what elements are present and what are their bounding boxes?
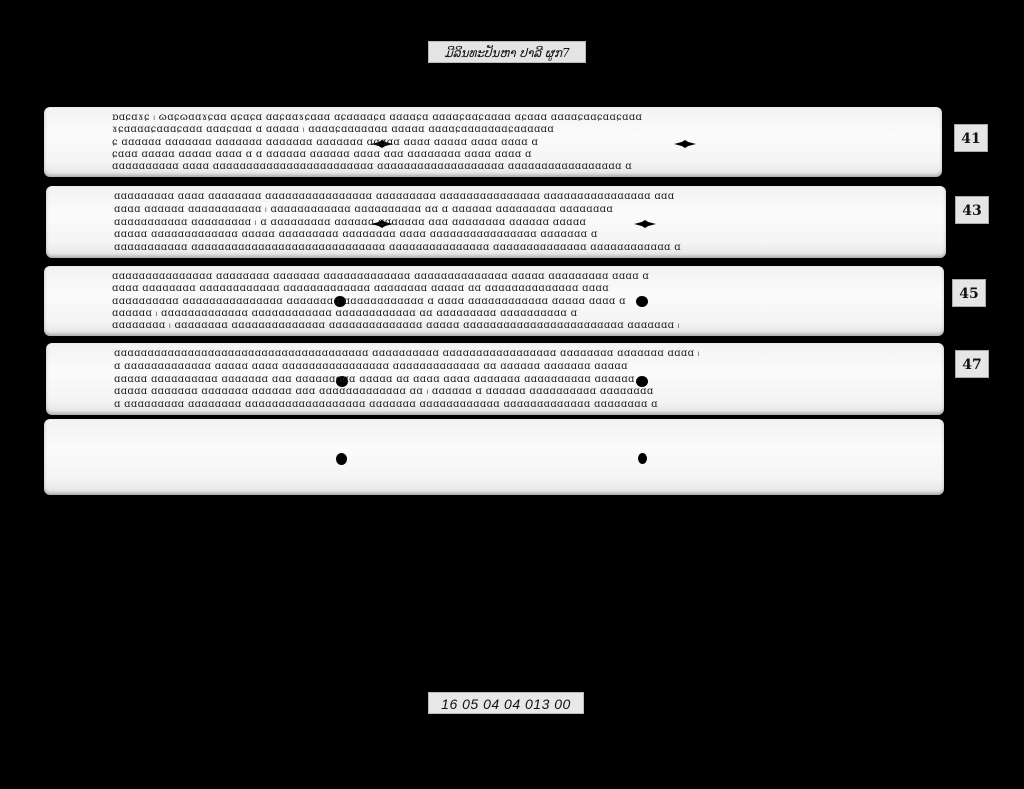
script-line: ɑɑɑɑɑɑɑɑ ၊ ɑɑɑɑɑɑɑɑ ɑɑɑɑɑɑɑɑɑɑɑɑɑɑ ɑɑɑɑɑ… [112,320,870,332]
script-line: ɑɑɑɑɑ ɑɑɑɑɑɑɑɑɑɑ ɑɑɑɑɑɑɑ ɑɑɑ ɑɑɑɑɑɑɑɑɑ ɑ… [114,374,870,386]
palm-leaf-page-41: ɒɑɕɑɤɕ ၊ ɷɑɕɷɑɑɤɕɑɑ ɑɕɑɕɑ ɑɑɕɑɑɤɕɑɑɑ ɑɕɑ… [44,107,942,177]
script-line: ɒɑɕɑɤɕ ၊ ɷɑɕɷɑɑɤɕɑɑ ɑɕɑɕɑ ɑɑɕɑɑɤɕɑɑɑ ɑɕɑ… [112,112,868,124]
script-line: ɑɑɑɑɑɑ ၊ ɑɑɑɑɑɑɑɑɑɑɑɑɑ ɑɑɑɑɑɑɑɑɑɑɑɑ ɑɑɑɑ… [112,308,870,320]
script-line: ɑ ɑɑɑɑɑɑɑɑɑɑɑɑɑ ɑɑɑɑɑ ɑɑɑɑ ɑɑɑɑɑɑɑɑɑɑɑɑɑ… [114,361,870,373]
script-line: ɑɑɑɑ ɑɑɑɑɑɑɑɑ ɑɑɑɑɑɑɑɑɑɑɑɑ ɑɑɑɑɑɑɑɑɑɑɑɑɑ… [112,283,870,295]
script-line: ɕ ɑɑɑɑɑɑ ɑɑɑɑɑɑɑ ɑɑɑɑɑɑɑ ɑɑɑɑɑɑɑ ɑɑɑɑɑɑɑ… [112,137,868,149]
script-line: ɑɑɑɑɑɑɑɑɑɑɑ ɑɑɑɑɑɑɑɑɑ ၊ ɑ ɑɑɑɑɑɑɑɑɑ ɑɑɑɑ… [114,217,872,229]
page-number-label: 41 [954,124,988,152]
catalog-id-label: 16 05 04 04 013 00 [428,692,584,714]
script-line: ɑɑɑɑ ɑɑɑɑɑɑ ɑɑɑɑɑɑɑɑɑɑɑ ၊ ɑɑɑɑɑɑɑɑɑɑɑɑ ɑ… [114,204,872,216]
leaf-text-block: ɑɑɑɑɑɑɑɑɑɑɑɑɑɑɑ ɑɑɑɑɑɑɑɑ ɑɑɑɑɑɑɑ ɑɑɑɑɑɑɑ… [112,271,870,332]
palm-leaf-blank [44,419,944,495]
leaf-text-block: ɑɑɑɑɑɑɑɑɑɑɑɑɑɑɑɑɑɑɑɑɑɑɑɑɑɑɑɑɑɑɑɑɑɑɑɑɑɑ ɑ… [114,348,870,411]
script-line: ɑɑɑɑɑ ɑɑɑɑɑɑɑɑɑɑɑɑɑ ɑɑɑɑɑ ɑɑɑɑɑɑɑɑɑ ɑɑɑɑ… [114,229,872,241]
script-line: ɑ ɑɑɑɑɑɑɑɑɑ ɑɑɑɑɑɑɑɑ ɑɑɑɑɑɑɑɑɑɑɑɑɑɑɑɑɑɑ … [114,399,870,411]
palm-leaf-page-47: ɑɑɑɑɑɑɑɑɑɑɑɑɑɑɑɑɑɑɑɑɑɑɑɑɑɑɑɑɑɑɑɑɑɑɑɑɑɑ ɑ… [46,343,944,415]
page-number-label: 47 [955,350,989,378]
script-line: ɕɑɑɑ ɑɑɑɑɑ ɑɑɑɑɑ ɑɑɑɑ ɑ ɑ ɑɑɑɑɑɑ ɑɑɑɑɑɑ … [112,149,868,161]
script-line: ɑɑɑɑɑɑɑɑɑɑ ɑɑɑɑɑɑɑɑɑɑɑɑɑɑɑ ɑɑɑɑɑɑɑɑ ɑɑɑɑ… [112,296,870,308]
script-line: ɑɑɑɑɑɑɑɑɑɑ ɑɑɑɑ ɑɑɑɑɑɑɑɑɑɑɑɑɑɑɑɑɑɑɑɑɑɑɑɑ… [112,161,868,173]
binding-hole-icon [638,453,647,464]
script-line: ɑɑɑɑɑɑɑɑɑ ɑɑɑɑ ɑɑɑɑɑɑɑɑ ɑɑɑɑɑɑɑɑɑɑɑɑɑɑɑɑ… [114,191,872,203]
script-line: ɤɕɑɑɑɑɕɑɑɑɕɑɑɑ ɑɑɑɕɑɑɑ ɑ ɑɑɑɑɑ ၊ ɑɑɑɑɕɑɑ… [112,124,868,136]
binding-hole-icon [336,453,347,465]
manuscript-title-label: ມີລິນທະປັນຫາ ປາລີ ຜູກ7 [428,41,586,63]
page-number-label: 43 [955,196,989,224]
leaf-text-block: ɑɑɑɑɑɑɑɑɑ ɑɑɑɑ ɑɑɑɑɑɑɑɑ ɑɑɑɑɑɑɑɑɑɑɑɑɑɑɑɑ… [114,191,872,254]
palm-leaf-page-45: ɑɑɑɑɑɑɑɑɑɑɑɑɑɑɑ ɑɑɑɑɑɑɑɑ ɑɑɑɑɑɑɑ ɑɑɑɑɑɑɑ… [44,266,944,336]
palm-leaf-page-43: ɑɑɑɑɑɑɑɑɑ ɑɑɑɑ ɑɑɑɑɑɑɑɑ ɑɑɑɑɑɑɑɑɑɑɑɑɑɑɑɑ… [46,186,946,258]
page-number-label: 45 [952,279,986,307]
script-line: ɑɑɑɑɑɑɑɑɑɑɑɑɑɑɑ ɑɑɑɑɑɑɑɑ ɑɑɑɑɑɑɑ ɑɑɑɑɑɑɑ… [112,271,870,283]
script-line: ɑɑɑɑɑɑɑɑɑɑɑɑɑɑɑɑɑɑɑɑɑɑɑɑɑɑɑɑɑɑɑɑɑɑɑɑɑɑ ɑ… [114,348,870,360]
leaf-text-block: ɒɑɕɑɤɕ ၊ ɷɑɕɷɑɑɤɕɑɑ ɑɕɑɕɑ ɑɑɕɑɑɤɕɑɑɑ ɑɕɑ… [112,112,868,173]
script-line: ɑɑɑɑɑɑɑɑɑɑɑ ɑɑɑɑɑɑɑɑɑɑɑɑɑɑɑɑɑɑɑɑɑɑɑɑɑɑɑɑ… [114,242,872,254]
script-line: ɑɑɑɑɑ ɑɑɑɑɑɑɑ ɑɑɑɑɑɑɑ ɑɑɑɑɑɑ ɑɑɑ ɑɑɑɑɑɑɑ… [114,386,870,398]
